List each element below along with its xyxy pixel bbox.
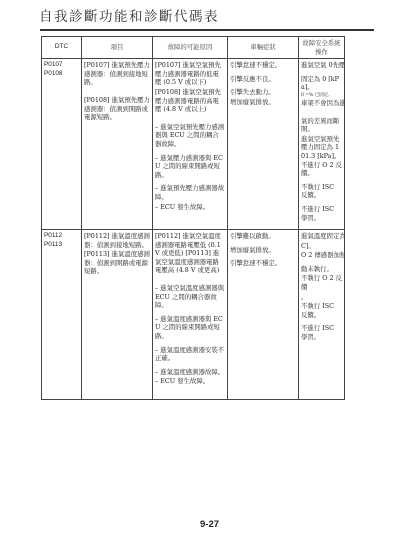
failsafe-text: 進氣溫度固定為 20 [ D xyxy=(301,232,342,241)
failsafe-text: 不執行 O 2 反饋 xyxy=(301,274,342,291)
symptoms-cell: 引擎難以啟動。 增加廢氣排放。 引擎怠速不穩定。 xyxy=(228,230,299,400)
item-cell: [P0107] 進氣預先壓力感測器：偵測到接地短路。 [P0108] 進氣預先壓… xyxy=(82,59,153,230)
page-title: 自我診斷功能和診斷代碼表 xyxy=(39,5,219,25)
causes-cell: [P0112] 進氣空氣溫度感測器電路電壓低 (0.1 V 或更低) [P011… xyxy=(153,230,228,400)
failsafe-text: O 2 傳感器加熱器驅 xyxy=(301,251,342,260)
symptom-text: 引擎怠速不穩定。 xyxy=(230,259,296,268)
cause-text: – 進氣溫度感測器故障。 xyxy=(155,368,225,377)
failsafe-cell: 進氣溫度固定為 20 [ D C]。 O 2 傳感器加熱器驅 動未執行。 不執行… xyxy=(299,230,345,400)
cause-text: – ECU 發生故障。 xyxy=(155,203,225,212)
header-item: 項目 xyxy=(82,37,153,59)
failsafe-text: 固定為 0 [kPa]。 xyxy=(301,75,342,92)
item-text: [P0112] 進氣溫度感測器：偵測到接地短路。 xyxy=(84,232,150,249)
item-cell: [P0112] 進氣溫度感測器：偵測到接地短路。 [P0113] 進氣溫度感測器… xyxy=(82,230,153,400)
header-symptoms: 車輛症狀 xyxy=(228,37,299,59)
cause-text: – 進氣空氣溫度感測器與 ECU 之間的耦合器故障。 xyxy=(155,284,225,310)
header-causes: 故障的可能原因 xyxy=(153,37,228,59)
failsafe-text: 不執行 ISC 反饋。 xyxy=(301,302,342,319)
symptoms-cell: 引擎怠速不穩定。 引擎反應不良。 引擎失去動力。 增加廢氣排放。 xyxy=(228,59,299,230)
symptom-text: 引擎怠速不穩定。 xyxy=(230,61,296,70)
item-text: [P0108] 進氣預先壓力感測器：偵測到開路或電源短路。 xyxy=(84,96,150,122)
cause-text: – 進氣溫度感測器安裝不正確。 xyxy=(155,346,225,363)
symptom-text: 增加廢氣排放。 xyxy=(230,246,296,255)
cause-text: – 進氣壓力感測器與 ECU 之間的線束開路或短路。 xyxy=(155,154,225,180)
dtc-code: P0113 xyxy=(44,241,79,250)
failsafe-text: 0 =% 已固定。 xyxy=(301,93,342,98)
failsafe-text: 不執行 ISC 反饋。 xyxy=(301,183,342,200)
header-failsafe: 故障安全系統操作 xyxy=(299,37,345,59)
table-header-row: DTC 項目 故障的可能原因 車輛症狀 故障安全系統操作 xyxy=(42,37,345,59)
header-rule xyxy=(40,29,374,31)
symptom-text: 增加廢氣排放。 xyxy=(230,98,296,107)
table-row: P0112 P0113 [P0112] 進氣溫度感測器：偵測到接地短路。 [P0… xyxy=(42,230,345,400)
cause-text: [P0108] 進氣空氣預先壓力感測器電路的高電壓 (4.8 V 或以上) xyxy=(155,88,225,114)
table-row: P0107 P0108 [P0107] 進氣預先壓力感測器：偵測到接地短路。 [… xyxy=(42,59,345,230)
cause-text: – ECU 發生故障。 xyxy=(155,377,225,386)
cause-text: – 進氣溫度感測器與 ECU 之間的線束開路或短路。 xyxy=(155,315,225,341)
item-text: [P0113] 進氣溫度感測器：偵測到開路或電源短路。 xyxy=(84,250,150,276)
failsafe-text: 車架不會因為進氣空 xyxy=(301,99,342,108)
cause-text: [P0107] 進氣空氣預先壓力感測器電路的低電壓 (0.5 V 或以下) xyxy=(155,61,225,87)
header-dtc: DTC xyxy=(42,37,82,59)
failsafe-text: C]。 xyxy=(301,242,342,251)
dtc-code: P0108 xyxy=(44,70,79,79)
diagnostic-code-table: DTC 項目 故障的可能原因 車輛症狀 故障安全系統操作 P0107 P0108… xyxy=(41,36,345,400)
failsafe-cell: 進氣空氣 0先壓力差值 固定為 0 [kPa]。 0 =% 已固定。 車架不會因… xyxy=(299,59,345,230)
causes-cell: [P0107] 進氣空氣預先壓力感測器電路的低電壓 (0.5 V 或以下) [P… xyxy=(153,59,228,230)
dtc-code: P0107 xyxy=(44,61,79,70)
symptom-text: 引擎反應不良。 xyxy=(230,75,296,84)
failsafe-text: 動未執行。 xyxy=(301,265,342,274)
failsafe-text: 不進行 ISC 學習。 xyxy=(301,324,342,341)
dtc-cell: P0107 P0108 xyxy=(42,59,82,230)
cause-text: – 進氣空氣預先壓力感測器與 ECU 之間的耦合器故障。 xyxy=(155,123,225,149)
page-number: 9-27 xyxy=(200,519,219,530)
symptom-text: 引擎難以啟動。 xyxy=(230,232,296,241)
dtc-cell: P0112 P0113 xyxy=(42,230,82,400)
dtc-code: P0112 xyxy=(44,232,79,241)
failsafe-text: 進氣空氣 0先壓力差值 xyxy=(301,61,342,70)
symptom-text: 引擎失去動力。 xyxy=(230,88,296,97)
failsafe-text: 氣的差異而斷開。 xyxy=(301,117,342,134)
cause-text: [P0112] 進氣空氣溫度感測器電路電壓低 (0.1 V 或更低) [P011… xyxy=(155,232,225,275)
cause-text: – 進氣預先壓力感測器故障。 xyxy=(155,184,225,201)
failsafe-text: 進氣空氣預先壓力固定為 101.3 [kPa]。不進行 O 2 反饋。 xyxy=(301,135,342,178)
item-text: [P0107] 進氣預先壓力感測器：偵測到接地短路。 xyxy=(84,61,150,87)
failsafe-text: 。 xyxy=(301,293,342,302)
failsafe-text: 不進行 ISC 學習。 xyxy=(301,205,342,222)
